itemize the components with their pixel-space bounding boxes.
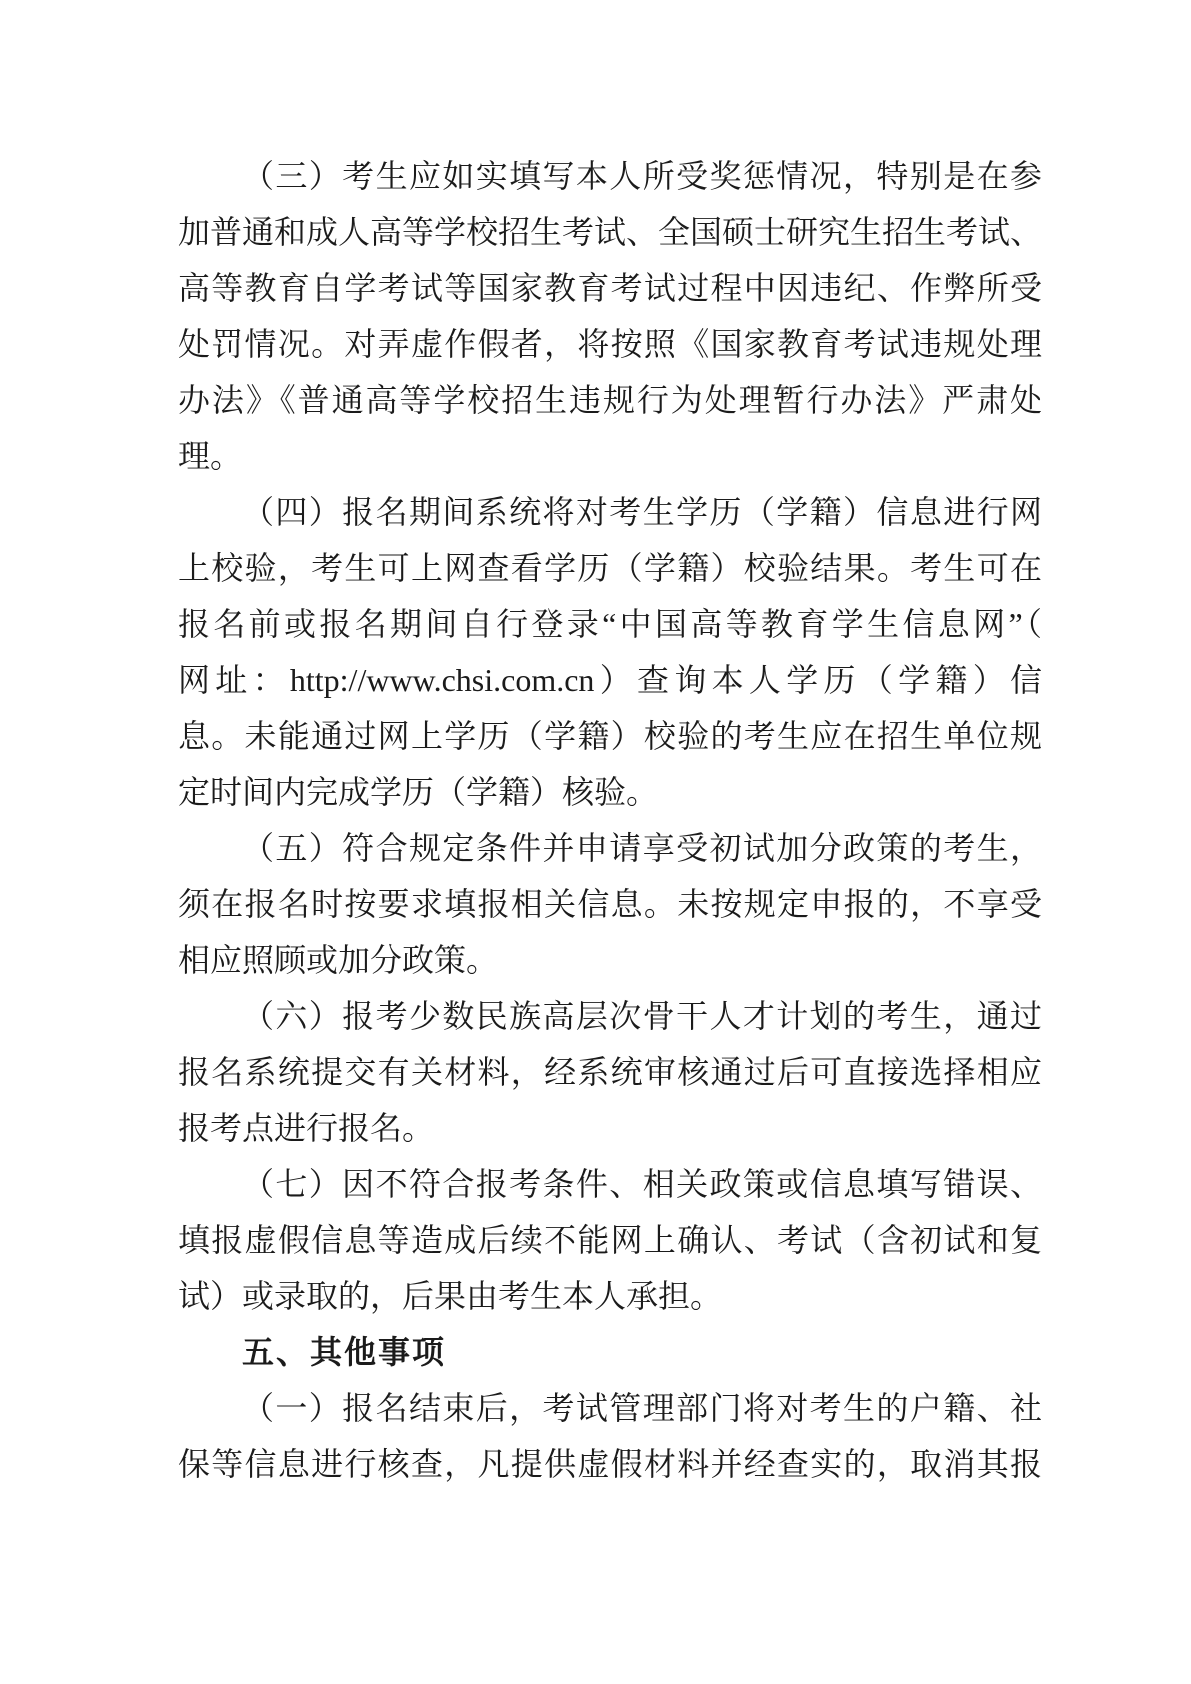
paragraph-item-7: （七）因不符合报考条件、相关政策或信息填写错误、填报虚假信息等造成后续不能网上确… (178, 1156, 1042, 1324)
paragraph-item-4: （四）报名期间系统将对考生学历（学籍）信息进行网上校验，考生可上网查看学历（学籍… (178, 484, 1042, 820)
text-line: 高等教育自学考试等国家教育考试过程中因违纪、作弊所受 (178, 260, 1042, 316)
text-line: （三）考生应如实填写本人所受奖惩情况，特别是在参 (178, 148, 1042, 204)
text-line: （六）报考少数民族高层次骨干人才计划的考生，通过 (178, 988, 1042, 1044)
text-line: 报名前或报名期间自行登录“中国高等教育学生信息网”（ (178, 596, 1042, 652)
text-line: （一）报名结束后，考试管理部门将对考生的户籍、社 (178, 1380, 1042, 1436)
text-line: 须在报名时按要求填报相关信息。未按规定申报的，不享受 (178, 876, 1042, 932)
paragraph-item-6: （六）报考少数民族高层次骨干人才计划的考生，通过报名系统提交有关材料，经系统审核… (178, 988, 1042, 1156)
text-line: 加普通和成人高等学校招生考试、全国硕士研究生招生考试、 (178, 204, 1042, 260)
text-block: （三）考生应如实填写本人所受奖惩情况，特别是在参加普通和成人高等学校招生考试、全… (178, 148, 1042, 1492)
text-line: 息。未能通过网上学历（学籍）校验的考生应在招生单位规 (178, 708, 1042, 764)
paragraph-item-5-1: （一）报名结束后，考试管理部门将对考生的户籍、社保等信息进行核查，凡提供虚假材料… (178, 1380, 1042, 1492)
text-line: 报名系统提交有关材料，经系统审核通过后可直接选择相应 (178, 1044, 1042, 1100)
document-page: （三）考生应如实填写本人所受奖惩情况，特别是在参加普通和成人高等学校招生考试、全… (0, 0, 1191, 1684)
text-line: 保等信息进行核查，凡提供虚假材料并经查实的，取消其报 (178, 1436, 1042, 1492)
paragraph-item-5: （五）符合规定条件并申请享受初试加分政策的考生，须在报名时按要求填报相关信息。未… (178, 820, 1042, 988)
text-line: 网址：http://www.chsi.com.cn）查询本人学历（学籍）信 (178, 652, 1042, 708)
text-line: 填报虚假信息等造成后续不能网上确认、考试（含初试和复 (178, 1212, 1042, 1268)
text-line: 理。 (178, 428, 1042, 484)
text-line: （五）符合规定条件并申请享受初试加分政策的考生， (178, 820, 1042, 876)
text-line: （七）因不符合报考条件、相关政策或信息填写错误、 (178, 1156, 1042, 1212)
text-line: 上校验，考生可上网查看学历（学籍）校验结果。考生可在 (178, 540, 1042, 596)
text-line: 五、其他事项 (178, 1324, 1042, 1380)
paragraph-item-3: （三）考生应如实填写本人所受奖惩情况，特别是在参加普通和成人高等学校招生考试、全… (178, 148, 1042, 484)
text-line: 办法》《普通高等学校招生违规行为处理暂行办法》严肃处 (178, 372, 1042, 428)
text-line: 试）或录取的，后果由考生本人承担。 (178, 1268, 1042, 1324)
text-line: 处罚情况。对弄虚作假者，将按照《国家教育考试违规处理 (178, 316, 1042, 372)
text-line: 报考点进行报名。 (178, 1100, 1042, 1156)
paragraph-section-5-heading: 五、其他事项 (178, 1324, 1042, 1380)
text-line: 相应照顾或加分政策。 (178, 932, 1042, 988)
text-line: 定时间内完成学历（学籍）核验。 (178, 764, 1042, 820)
text-line: （四）报名期间系统将对考生学历（学籍）信息进行网 (178, 484, 1042, 540)
